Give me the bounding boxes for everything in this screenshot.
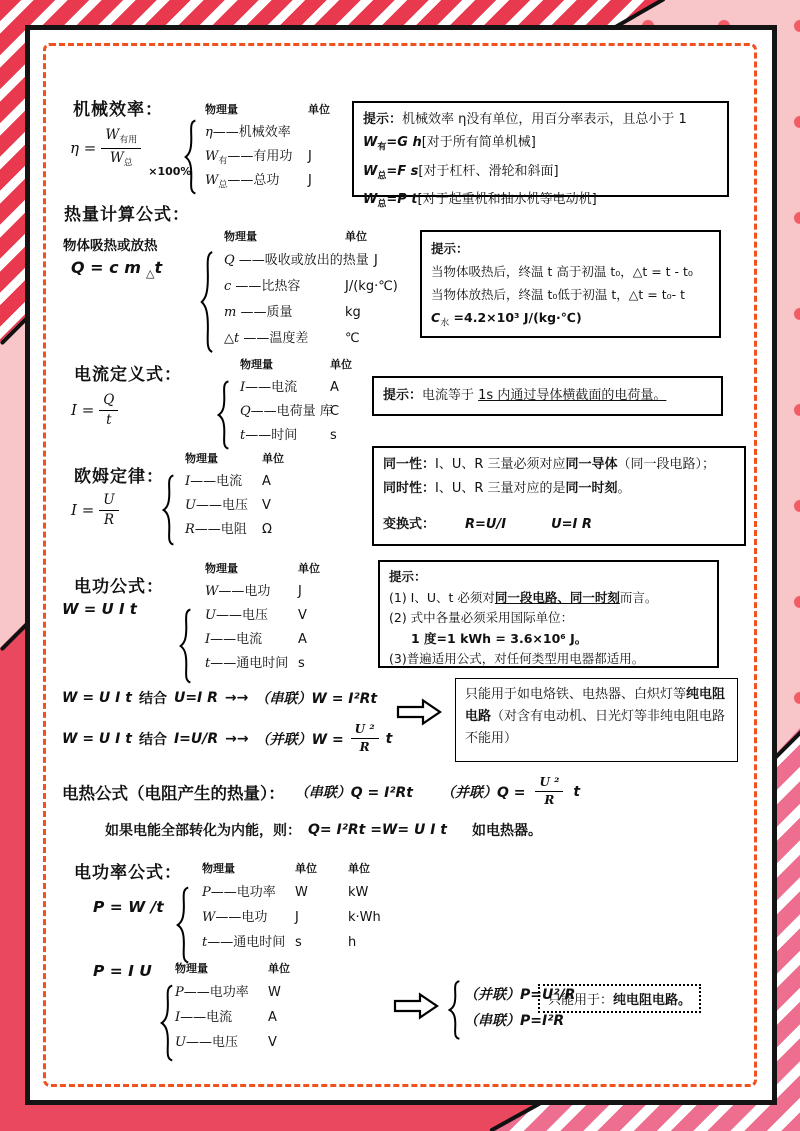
tip-lead: 提示： bbox=[363, 112, 402, 127]
tip-text: 机械效率 η没有单位，用百分率表示，且总小于 1 bbox=[402, 112, 687, 127]
row-symbol: U bbox=[205, 608, 216, 623]
power2-result-series: （串联）P=I²R bbox=[464, 1010, 564, 1030]
formula-sheet-page: 机械效率： η = W有用 W总 ×100% 物理量单位 η——机械效率 W有—… bbox=[0, 0, 800, 1131]
row-unit: A bbox=[298, 628, 307, 652]
row-name: ——通电时间 bbox=[207, 935, 285, 950]
row-symbol: U bbox=[175, 1035, 186, 1050]
current-tip-box: 提示：电流等于 1s 内通过导体横截面的电荷量。 bbox=[372, 376, 723, 416]
heat-tip-box: 提示： 当物体吸热后，终温 t 高于初温 t₀，△t = t - t₀ 当物体放… bbox=[420, 230, 721, 338]
mech-tip-box: 提示：机械效率 η没有单位，用百分率表示，且总小于 1 W有=G h[对于所有简… bbox=[352, 101, 729, 197]
power-title: 电功率公式： bbox=[74, 858, 182, 883]
row-unit: A bbox=[268, 1005, 277, 1030]
row-name: ——电功 bbox=[218, 584, 270, 599]
fraction-denominator: t bbox=[106, 411, 111, 429]
fraction-numerator: U ² bbox=[351, 722, 379, 739]
ohm-qty-table: 物理量单位 I——电流A U——电压V R——电阻Ω bbox=[168, 450, 308, 542]
row-symbol: Q bbox=[224, 253, 235, 268]
math-symbol: W bbox=[110, 150, 124, 166]
header-unit: 单位 bbox=[330, 356, 352, 372]
table-row: Q ——吸收或放出的热量J bbox=[198, 248, 428, 274]
rule-text: 。 bbox=[618, 481, 631, 496]
fraction-denominator: R bbox=[544, 792, 554, 808]
row-name: ——总功 bbox=[227, 173, 279, 188]
parallel-formula: （并联）Q = bbox=[441, 782, 526, 802]
header-quantity: 物理量 bbox=[205, 101, 238, 117]
math-subscript: 总 bbox=[377, 171, 386, 181]
table-row: W——电功J bbox=[183, 580, 343, 604]
big-arrow-right-icon bbox=[393, 992, 439, 1020]
result-formula: （并联）W = bbox=[256, 729, 344, 749]
combine-line-1: W = U I t 结合 U=I R →→ （串联）W = I²Rt bbox=[62, 688, 377, 708]
header-quantity: 物理量 bbox=[175, 960, 208, 976]
rule-lead: 同一性： bbox=[383, 457, 435, 472]
math-symbol: C bbox=[431, 310, 440, 325]
math-subscript: 总 bbox=[377, 200, 386, 210]
header-quantity: 物理量 bbox=[240, 356, 273, 372]
row-name: ——电荷量 库 bbox=[251, 404, 333, 419]
mech-title: 机械效率： bbox=[73, 95, 163, 120]
table-header: 物理量单位单位 bbox=[178, 860, 398, 880]
row-symbol: U bbox=[185, 498, 196, 513]
current-formula: I = Q t bbox=[71, 392, 118, 429]
fraction-denominator: R bbox=[360, 739, 370, 755]
table-row: I——电流A bbox=[183, 628, 343, 652]
rule-bold: 同一时刻 bbox=[566, 481, 618, 496]
mech-formula-lhs: η = bbox=[70, 139, 96, 157]
eheat-line-2: 如果电能全部转化为内能，则： Q= I²Rt =W= U I t 如电热器。 bbox=[105, 820, 542, 840]
table-row: c ——比热容J/(kg·℃) bbox=[198, 274, 428, 300]
fraction-denominator: W总 bbox=[110, 149, 133, 170]
fraction-numerator: Q bbox=[99, 392, 118, 411]
table-row: I——电流A bbox=[225, 376, 375, 400]
tip-line: (1) I、U、t 必须对同一段电路、同一时刻而言。 bbox=[389, 588, 708, 609]
row-unit: V bbox=[268, 1030, 277, 1055]
row-unit: C bbox=[330, 400, 339, 424]
transform-formula: R=U/I bbox=[465, 517, 506, 532]
row-name: ——温度差 bbox=[239, 331, 308, 346]
table-row: I——电流A bbox=[148, 1005, 328, 1030]
header-quantity: 物理量 bbox=[205, 560, 238, 576]
row-unit-2: kW bbox=[348, 880, 368, 905]
row-symbol: m bbox=[224, 305, 236, 320]
header-unit: 单位 bbox=[308, 101, 330, 117]
row-symbol: R bbox=[185, 522, 195, 537]
row-unit: A bbox=[330, 376, 339, 400]
row-unit: s bbox=[298, 652, 305, 676]
eheat-text: 如果电能全部转化为内能，则： bbox=[105, 820, 301, 840]
row-name: ——时间 bbox=[245, 428, 297, 443]
tip-line: W总=P t[对于起重机和抽水机等电动机] bbox=[363, 188, 718, 217]
eheat-text: 如电热器。 bbox=[472, 820, 542, 840]
tip-line: 当物体放热后，终温 t₀低于初温 t，△t = t₀- t bbox=[431, 283, 710, 306]
row-unit: J bbox=[298, 580, 302, 604]
row-name: ——电功率 bbox=[184, 985, 249, 1000]
table-row: Q——电荷量 库C bbox=[225, 400, 375, 424]
formula-text: W = U I t bbox=[62, 731, 132, 747]
rule-text: I、U、R 三量对应的是 bbox=[435, 481, 566, 496]
table-row: W总——总功J bbox=[182, 169, 372, 193]
header-quantity: 物理量 bbox=[185, 450, 218, 466]
row-unit: V bbox=[298, 604, 307, 628]
row-symbol: △t bbox=[224, 331, 239, 346]
header-unit: 单位 bbox=[295, 860, 317, 876]
rule-text: （同一段电路）； bbox=[618, 457, 716, 472]
tip-bold-line: 1 度=1 kWh = 3.6×10⁶ J。 bbox=[389, 629, 708, 650]
header-quantity: 物理量 bbox=[224, 228, 257, 244]
row-name: ——有用功 bbox=[227, 149, 292, 164]
table-row: W——电功Jk·Wh bbox=[178, 905, 398, 930]
formula-text: t bbox=[154, 258, 162, 277]
table-row: t——通电时间s bbox=[183, 652, 343, 676]
header-unit: 单位 bbox=[268, 960, 290, 976]
math-symbol: W bbox=[105, 127, 119, 143]
row-symbol: P bbox=[202, 885, 211, 900]
row-name: ——机械效率 bbox=[213, 125, 291, 140]
row-name: ——电流 bbox=[180, 1010, 232, 1025]
result-formula: （串联）W = I²Rt bbox=[255, 688, 377, 708]
power-qty-table: 物理量单位单位 P——电功率WkW W——电功Jk·Wh t——通电时间sh bbox=[178, 860, 398, 955]
math-eq: =P t bbox=[386, 192, 417, 207]
row-unit: s bbox=[330, 424, 337, 448]
mech-formula: η = W有用 W总 ×100% bbox=[70, 127, 191, 170]
row-unit: ℃ bbox=[345, 326, 360, 352]
table-header: 物理量单位 bbox=[183, 560, 343, 580]
row-unit: W bbox=[295, 880, 308, 905]
tip-line: 提示：机械效率 η没有单位，用百分率表示，且总小于 1 bbox=[363, 108, 718, 131]
power2-formula: P = I U bbox=[93, 962, 152, 980]
row-unit: J bbox=[308, 169, 312, 193]
tip-text: 电流等于 bbox=[422, 388, 478, 403]
tip-lead: 提示： bbox=[431, 237, 710, 260]
rule-bold: 同一导体 bbox=[566, 457, 618, 472]
row-unit: V bbox=[262, 494, 271, 518]
math-subscript: 水 bbox=[440, 319, 449, 329]
row-unit: kg bbox=[345, 300, 361, 326]
mech-formula-fraction: W有用 W总 bbox=[101, 127, 141, 170]
header-unit: 单位 bbox=[298, 560, 320, 576]
table-row: P——电功率W bbox=[148, 980, 328, 1005]
table-row: U——电压V bbox=[168, 494, 308, 518]
ohm-rule-box: 同一性：I、U、R 三量必须对应同一导体（同一段电路）； 同时性：I、U、R 三… bbox=[372, 446, 746, 546]
note-text: 只能用于如电烙铁、电热器、白炽灯等 bbox=[465, 687, 686, 702]
fraction-numerator: U ² bbox=[535, 775, 563, 792]
rule-lead: 变换式： bbox=[383, 517, 435, 532]
row-unit: J/(kg·℃) bbox=[345, 274, 398, 300]
result-formula: t bbox=[386, 731, 393, 747]
rule-line: 同一性：I、U、R 三量必须对应同一导体（同一段电路）； bbox=[383, 453, 735, 477]
tip-line: 当物体吸热后，终温 t 高于初温 t₀，△t = t - t₀ bbox=[431, 260, 710, 283]
work-tip-box: 提示： (1) I、U、t 必须对同一段电路、同一时刻而言。 (2) 式中各量必… bbox=[378, 560, 719, 668]
eheat-title: 电热公式（电阻产生的热量）： bbox=[62, 780, 285, 804]
current-qty-table: 物理量单位 I——电流A Q——电荷量 库C t——时间s bbox=[225, 356, 375, 448]
row-unit: s bbox=[295, 930, 302, 955]
formula-lhs: I = bbox=[71, 501, 94, 519]
row-name: ——吸收或放出的热量 bbox=[235, 253, 369, 268]
arrow-text-icon: →→ bbox=[225, 690, 248, 706]
table-row: m ——质量kg bbox=[198, 300, 428, 326]
eheat-line-1: 电热公式（电阻产生的热量）： （串联）Q = I²Rt （并联）Q = U ²R… bbox=[62, 775, 580, 808]
row-name: ——电流 bbox=[245, 380, 297, 395]
fraction-numerator: U bbox=[99, 492, 118, 511]
heat-formula: Q = c m △t bbox=[71, 258, 162, 280]
formula-text: W = U I t bbox=[62, 690, 132, 706]
eheat-formula: Q= I²Rt =W= U I t bbox=[308, 822, 447, 838]
row-symbol: W bbox=[205, 584, 218, 599]
rule-line: 同时性：I、U、R 三量对应的是同一时刻。 bbox=[383, 477, 735, 501]
header-unit-2: 单位 bbox=[348, 860, 370, 876]
row-symbol: η bbox=[205, 125, 213, 140]
ohm-formula: I = U R bbox=[71, 492, 119, 529]
tip-lead: 提示： bbox=[389, 567, 708, 588]
power2-qty-table: 物理量单位 P——电功率W I——电流A U——电压V bbox=[148, 960, 328, 1055]
math-subscript: 总 bbox=[124, 159, 133, 169]
rule-text: I、U、R 三量必须对应 bbox=[435, 457, 566, 472]
heat-subtitle: 物体吸热或放热 bbox=[63, 234, 158, 254]
arrow-text-icon: →→ bbox=[225, 731, 248, 747]
big-arrow-right-icon bbox=[396, 698, 442, 726]
tip-text: (1) I、U、t 必须对 bbox=[389, 590, 495, 605]
math-eq: =F s bbox=[386, 164, 418, 179]
table-row: t——通电时间sh bbox=[178, 930, 398, 955]
note-bold: 纯电阻电路。 bbox=[613, 993, 691, 1008]
math-subscript: 有用 bbox=[119, 136, 137, 146]
row-name: ——电功率 bbox=[211, 885, 276, 900]
row-unit: J bbox=[308, 145, 312, 169]
row-name: ——通电时间 bbox=[210, 656, 288, 671]
tip-lead: 提示： bbox=[383, 388, 422, 403]
series-formula: （串联）Q = I²Rt bbox=[295, 782, 413, 802]
table-header: 物理量单位 bbox=[198, 228, 428, 248]
math-eq: =G h bbox=[386, 135, 421, 150]
work-formula: W = U I t bbox=[62, 600, 137, 618]
tip-note: [对于所有简单机械] bbox=[422, 135, 536, 150]
table-header: 物理量单位 bbox=[148, 960, 328, 980]
table-row: U——电压V bbox=[148, 1030, 328, 1055]
combine-line-2: W = U I t 结合 I=U/R →→ （并联）W = U ²R t bbox=[62, 722, 392, 755]
header-quantity: 物理量 bbox=[202, 860, 235, 876]
math-symbol: W bbox=[363, 164, 377, 179]
tip-line: (3)普遍适用公式，对任何类型用电器都适用。 bbox=[389, 649, 708, 670]
row-name: ——比热容 bbox=[231, 279, 300, 294]
row-unit: A bbox=[262, 470, 271, 494]
row-name: ——电流 bbox=[210, 632, 262, 647]
row-unit: J bbox=[374, 248, 378, 274]
tip-note: [对于起重机和抽水机等电动机] bbox=[418, 192, 597, 207]
row-name: ——电压 bbox=[196, 498, 248, 513]
row-unit: Ω bbox=[262, 518, 272, 542]
row-name: ——电流 bbox=[190, 474, 242, 489]
fraction-denominator: R bbox=[104, 511, 114, 529]
combine-note-box: 只能用于如电烙铁、电热器、白炽灯等纯电阻电路（对含有电动机、日光灯等非纯电阻电路… bbox=[455, 678, 738, 762]
header-unit: 单位 bbox=[262, 450, 284, 466]
math-symbol: W bbox=[363, 135, 377, 150]
ohm-fraction: U R bbox=[99, 492, 118, 529]
row-name: ——电压 bbox=[216, 608, 268, 623]
tip-text: =4.2×10³ J/(kg·℃) bbox=[449, 310, 581, 325]
combine-word: 结合 bbox=[139, 688, 167, 708]
current-fraction: Q t bbox=[99, 392, 118, 429]
note-text: 只能用于： bbox=[548, 993, 613, 1008]
tip-line: (2) 式中各量必须采用国际单位： bbox=[389, 608, 708, 629]
row-symbol: W bbox=[205, 149, 218, 164]
result-fraction: U ²R bbox=[351, 722, 379, 755]
ohm-title: 欧姆定律： bbox=[74, 462, 164, 487]
row-symbol: Q bbox=[240, 404, 251, 419]
table-header: 物理量单位 bbox=[225, 356, 375, 376]
heat-qty-table: 物理量单位 Q ——吸收或放出的热量J c ——比热容J/(kg·℃) m ——… bbox=[198, 228, 428, 352]
row-name: ——电阻 bbox=[195, 522, 247, 537]
table-row: η——机械效率 bbox=[182, 121, 372, 145]
transform-formula: U=I R bbox=[551, 517, 592, 532]
mech-qty-table: 物理量单位 η——机械效率 W有——有用功J W总——总功J bbox=[182, 101, 372, 193]
table-row: I——电流A bbox=[168, 470, 308, 494]
tip-bold-underline: 同一段电路、同一时刻 bbox=[495, 590, 620, 605]
row-name: ——电功 bbox=[215, 910, 267, 925]
power-formula: P = W /t bbox=[93, 898, 164, 916]
combine-word: 结合 bbox=[139, 729, 167, 749]
tip-line: W总=F s[对于杠杆、滑轮和斜面] bbox=[363, 160, 718, 189]
header-unit: 单位 bbox=[345, 228, 367, 244]
math-symbol: W bbox=[363, 192, 377, 207]
work-title: 电功公式： bbox=[74, 572, 164, 597]
rule-line: 变换式：R=U/IU=I R bbox=[383, 513, 735, 537]
row-unit: J bbox=[295, 905, 299, 930]
table-row: W有——有用功J bbox=[182, 145, 372, 169]
row-unit-2: h bbox=[348, 930, 356, 955]
tip-underlined-text: 1s 内通过导体横截面的电荷量。 bbox=[478, 388, 666, 403]
math-subscript: 有 bbox=[377, 143, 386, 153]
power2-note-box: 只能用于：纯电阻电路。 bbox=[538, 984, 701, 1013]
table-header: 物理量单位 bbox=[182, 101, 372, 121]
row-unit-2: k·Wh bbox=[348, 905, 381, 930]
row-unit: W bbox=[268, 980, 281, 1005]
formula-text: I=U/R bbox=[174, 731, 218, 747]
eheat-fraction: U ²R bbox=[535, 775, 563, 808]
table-row: R——电阻Ω bbox=[168, 518, 308, 542]
work-qty-table: 物理量单位 W——电功J U——电压V I——电流A t——通电时间s bbox=[183, 560, 343, 676]
note-text: （对含有电动机、日光灯等非纯电阻电路不能用） bbox=[465, 709, 725, 746]
brace-icon bbox=[448, 980, 461, 1040]
tip-line: W有=G h[对于所有简单机械] bbox=[363, 131, 718, 160]
tip-line: C水 =4.2×10³ J/(kg·℃) bbox=[431, 306, 710, 336]
row-symbol: W bbox=[205, 173, 218, 188]
row-symbol: W bbox=[202, 910, 215, 925]
row-name: ——质量 bbox=[236, 305, 292, 320]
rule-lead: 同时性： bbox=[383, 481, 435, 496]
formula-lhs: I = bbox=[71, 401, 94, 419]
sheet-content: 机械效率： η = W有用 W总 ×100% 物理量单位 η——机械效率 W有—… bbox=[0, 0, 800, 1131]
fraction-numerator: W有用 bbox=[101, 127, 141, 149]
table-header: 物理量单位 bbox=[168, 450, 308, 470]
table-row: t——时间s bbox=[225, 424, 375, 448]
parallel-formula: t bbox=[573, 784, 580, 800]
formula-text: Q = c m bbox=[71, 258, 141, 277]
row-symbol: P bbox=[175, 985, 184, 1000]
formula-text: U=I R bbox=[174, 690, 218, 706]
current-title: 电流定义式： bbox=[74, 360, 182, 385]
table-row: P——电功率WkW bbox=[178, 880, 398, 905]
heat-title: 热量计算公式： bbox=[64, 200, 190, 225]
tip-note: [对于杠杆、滑轮和斜面] bbox=[418, 164, 558, 179]
tip-text: 而言。 bbox=[620, 590, 658, 605]
table-row: U——电压V bbox=[183, 604, 343, 628]
table-row: △t ——温度差℃ bbox=[198, 326, 428, 352]
row-name: ——电压 bbox=[186, 1035, 238, 1050]
